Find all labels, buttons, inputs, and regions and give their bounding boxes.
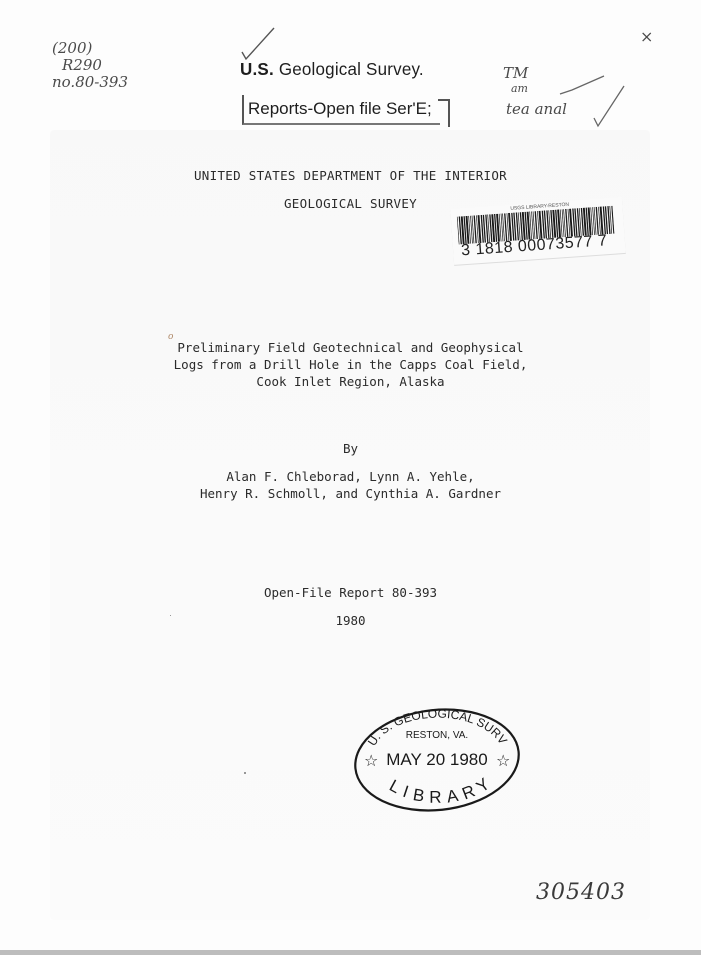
handwritten-call-number: (200) R290 no.80-393	[52, 40, 128, 91]
title-line: Logs from a Drill Hole in the Capps Coal…	[0, 356, 701, 373]
svg-text:RESTON, VA.: RESTON, VA.	[406, 730, 468, 741]
document-page: (200) R290 no.80-393 U.S. Geological Sur…	[0, 0, 701, 950]
speck	[170, 615, 171, 616]
usgs-stamp: U.S. Geological Survey.	[240, 60, 424, 81]
department-heading: UNITED STATES DEPARTMENT OF THE INTERIOR	[0, 167, 701, 184]
report-year: 1980	[0, 612, 701, 629]
corner-x-mark: ×	[640, 28, 653, 45]
title-line: Cook Inlet Region, Alaska	[0, 373, 701, 390]
reports-series-stamp: Reports-Open file Ser'E;	[242, 95, 440, 125]
call-number-line: R290	[52, 57, 128, 74]
library-barcode-label: USGS LIBRARY-RESTON 3 1818 00073577 7	[450, 197, 625, 265]
usgs-stamp-prefix: U.S.	[240, 60, 274, 80]
usgs-stamp-text: Geological Survey.	[279, 60, 424, 80]
title-line: Preliminary Field Geotechnical and Geoph…	[0, 339, 701, 356]
author-line: Henry R. Schmoll, and Cynthia A. Gardner	[0, 485, 701, 502]
report-number: Open-File Report 80-393	[0, 584, 701, 601]
svg-text:U. S. GEOLOGICAL SURVEY: U. S. GEOLOGICAL SURVEY	[352, 704, 510, 748]
speck	[244, 772, 246, 774]
star-icon: ☆	[496, 751, 510, 770]
call-number-line: no.80-393	[52, 74, 128, 91]
checkmark-icon	[240, 26, 276, 62]
report-title: Preliminary Field Geotechnical and Geoph…	[0, 339, 701, 390]
library-received-stamp: U. S. GEOLOGICAL SURVEY RESTON, VA. LIBR…	[352, 704, 522, 814]
by-label: By	[0, 440, 701, 457]
author-line: Alan F. Chleborad, Lynn A. Yehle,	[0, 468, 701, 485]
checkmark-icon	[548, 72, 628, 132]
page-bottom-edge	[0, 950, 701, 955]
svg-text:LIBRARY: LIBRARY	[386, 771, 498, 807]
handwritten-accession-number: 305403	[536, 884, 626, 901]
authors: Alan F. Chleborad, Lynn A. Yehle, Henry …	[0, 468, 701, 502]
call-number-line: (200)	[52, 40, 128, 57]
